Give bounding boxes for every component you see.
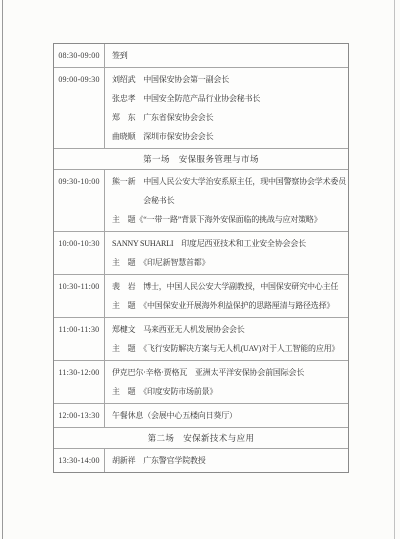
content-cell: 午餐休息（会展中心五楼向日葵厅） <box>105 404 348 427</box>
table-row: 09:30-10:00 熊一新 中国人民公安大学治安系原主任，现中国警察协会学术… <box>54 170 348 232</box>
section-row: 第二场 安保新技术与应用 <box>54 428 348 449</box>
table-row: 13:30-14:00 胡新祥 广东警官学院教授 <box>54 449 348 472</box>
content-cell: 郑楗文 马来西亚无人机发展协会会长主 题 《飞行安防解决方案与无人机(UAV)对… <box>105 318 348 360</box>
content-line: 熊一新 中国人民公安大学治安系原主任，现中国警察协会学术委员 <box>112 172 346 191</box>
content-line: 刘绍武 中国保安协会第一副会长 <box>112 70 346 89</box>
table-row: 09:00-09:30 刘绍武 中国保安协会第一副会长张忠孝 中国安全防范产品行… <box>54 68 348 149</box>
time-cell: 09:30-10:00 <box>54 170 105 231</box>
content-cell: 裴 岩 博士，中国人民公安大学副教授，中国保安研究中心主任主 题 《中国保安业开… <box>105 275 348 317</box>
time-cell: 10:30-11:00 <box>54 275 105 317</box>
content-line: 主 题 《印度安防市场前景》 <box>112 382 346 401</box>
content-line: 主 题 《飞行安防解决方案与无人机(UAV)对于人工智能的应用》 <box>112 339 346 358</box>
table-row: 12:00-13:30 午餐休息（会展中心五楼向日葵厅） <box>54 404 348 428</box>
content-line: 主 题 《印尼新智慧首都》 <box>112 253 346 272</box>
content-cell: 熊一新 中国人民公安大学治安系原主任，现中国警察协会学术委员 会秘书长主 题《“… <box>105 170 348 231</box>
time-cell: 10:00-10:30 <box>54 232 105 274</box>
time-cell: 11:00-11:30 <box>54 318 105 360</box>
schedule-table: 08:30-09:00 签到 09:00-09:30 刘绍武 中国保安协会第一副… <box>53 43 349 473</box>
time-cell: 09:00-09:30 <box>54 68 105 148</box>
table-row: 08:30-09:00 签到 <box>54 44 348 68</box>
content-line: 主 题 《中国保安业开展海外利益保护的思路厘清与路径选择》 <box>112 296 346 315</box>
section-row: 第一场 安保服务管理与市场 <box>54 149 348 170</box>
page-edge-left <box>2 0 3 539</box>
content-cell: 签到 <box>105 44 348 67</box>
content-line: 签到 <box>112 46 346 65</box>
time-cell: 11:30-12:00 <box>54 361 105 403</box>
content-line: 张忠孝 中国安全防范产品行业协会秘书长 <box>112 89 346 108</box>
content-line: 伊克巴尔·辛格·贾格瓦 亚洲太平洋安保协会前国际会长 <box>112 363 346 382</box>
content-cell: SANNY SUHARLI 印度尼西亚技术和工业安全协会会长主 题 《印尼新智慧… <box>105 232 348 274</box>
page-edge-right <box>394 0 395 539</box>
content-line: 郑 东 广东省保安协会会长 <box>112 108 346 127</box>
content-cell: 伊克巴尔·辛格·贾格瓦 亚洲太平洋安保协会前国际会长主 题 《印度安防市场前景》 <box>105 361 348 403</box>
table-row: 10:30-11:00 裴 岩 博士，中国人民公安大学副教授，中国保安研究中心主… <box>54 275 348 318</box>
content-line: 午餐休息（会展中心五楼向日葵厅） <box>112 406 346 425</box>
content-line: 主 题《“一带一路”背景下海外安保面临的挑战与应对策略》 <box>112 210 346 229</box>
section-title: 第二场 安保新技术与应用 <box>148 433 255 443</box>
time-cell: 13:30-14:00 <box>54 449 105 472</box>
content-cell: 胡新祥 广东警官学院教授 <box>105 449 348 472</box>
section-title: 第一场 安保服务管理与市场 <box>143 154 259 164</box>
content-line: 曲晓顺 深圳市保安协会会长 <box>112 127 346 146</box>
content-cell: 刘绍武 中国保安协会第一副会长张忠孝 中国安全防范产品行业协会秘书长郑 东 广东… <box>105 68 348 148</box>
content-line: 会秘书长 <box>112 191 346 210</box>
time-cell: 12:00-13:30 <box>54 404 105 427</box>
table-row: 11:00-11:30 郑楗文 马来西亚无人机发展协会会长主 题 《飞行安防解决… <box>54 318 348 361</box>
table-row: 11:30-12:00 伊克巴尔·辛格·贾格瓦 亚洲太平洋安保协会前国际会长主 … <box>54 361 348 404</box>
table-row: 10:00-10:30 SANNY SUHARLI 印度尼西亚技术和工业安全协会… <box>54 232 348 275</box>
content-line: 裴 岩 博士，中国人民公安大学副教授，中国保安研究中心主任 <box>112 277 346 296</box>
content-line: 胡新祥 广东警官学院教授 <box>112 451 346 470</box>
content-line: SANNY SUHARLI 印度尼西亚技术和工业安全协会会长 <box>112 234 346 253</box>
time-cell: 08:30-09:00 <box>54 44 105 67</box>
content-line: 郑楗文 马来西亚无人机发展协会会长 <box>112 320 346 339</box>
